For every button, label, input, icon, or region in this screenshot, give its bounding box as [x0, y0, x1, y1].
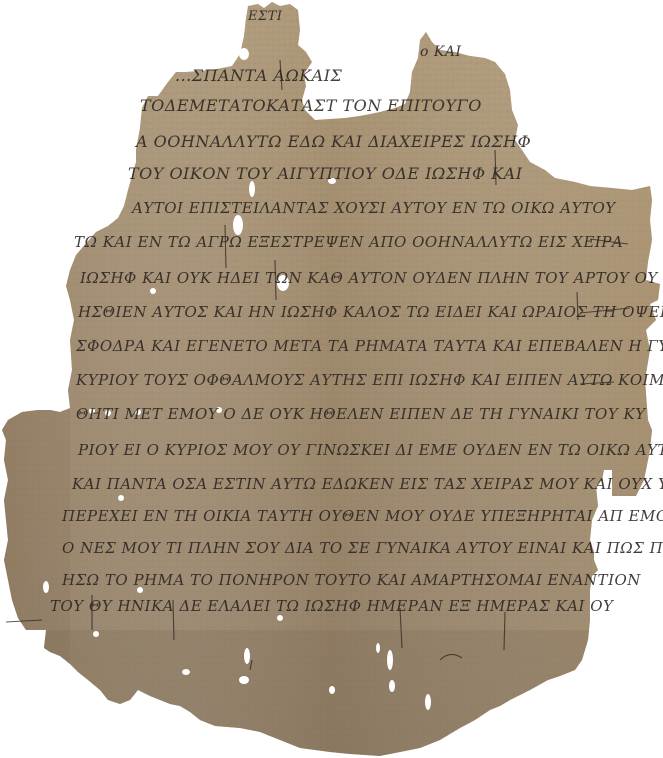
text-line: ΘΗΤΙ ΜΕΤ ΕΜΟΥ Ο ΔΕ ΟΥΚ ΗΘΕΛΕΝ ΕΙΠΕΝ ΔΕ Τ…	[76, 405, 646, 423]
text-line: ΚΑΙ ΠΑΝΤΑ ΟΣΑ ΕΣΤΙΝ ΑΥΤΩ ΕΔΩΚΕΝ ΕΙΣ ΤΑΣ …	[72, 475, 663, 493]
papyrus-image: ΕΣΤΙο ΚΑΙ...ΣΠΑΝΤΑ ΑΩΚΑΙΣΤΟΔΕΜΕΤΑΤΟΚΑΤΑΣ…	[0, 0, 663, 758]
text-line: ΠΕΡΕΧΕΙ ΕΝ ΤΗ ΟΙΚΙΑ ΤΑΥΤΗ ΟΥΘΕΝ ΜΟΥ ΟΥΔΕ…	[62, 507, 663, 525]
text-line: ΤΟΥ ΟΙΚΟΝ ΤΟΥ ΑΙΓΥΠΤΙΟΥ ΟΔΕ ΙΩΣΗΦ ΚΑΙ	[128, 164, 523, 183]
text-line: ΑΥΤΟΙ ΕΠΙΣΤΕΙΛΑΝΤΑΣ ΧΟΥΣΙ ΑΥΤΟΥ ΕΝ ΤΩ ΟΙ…	[132, 199, 616, 217]
text-line: ...ΣΠΑΝΤΑ ΑΩΚΑΙΣ	[175, 66, 342, 85]
text-line: ΤΩ ΚΑΙ ΕΝ ΤΩ ΑΓΡΩ ΕΞΕΣΤΡΕΨΕΝ ΑΠΟ ΟΟΗΝΑΛΛ…	[74, 233, 623, 251]
text-line: ΚΥΡΙΟΥ ΤΟΥΣ ΟΦΘΑΛΜΟΥΣ ΑΥΤΗΣ ΕΠΙ ΙΩΣΗΦ ΚΑ…	[76, 371, 663, 389]
text-line: ΤΟΔΕΜΕΤΑΤΟΚΑΤΑΣΤ ΤΟΝ ΕΠΙΤΟΥΓΟ	[140, 96, 482, 115]
text-line: ΡΙΟΥ ΕΙ Ο ΚΥΡΙΟΣ ΜΟΥ ΟΥ ΓΙΝΩΣΚΕΙ ΔΙ ΕΜΕ …	[78, 441, 663, 459]
text-line: ΣΦΟΔΡΑ ΚΑΙ ΕΓΕΝΕΤΟ ΜΕΤΑ ΤΑ ΡΗΜΑΤΑ ΤΑΥΤΑ …	[76, 337, 663, 355]
text-line: ΕΣΤΙ	[248, 9, 283, 24]
text-line: ΙΩΣΗΦ ΚΑΙ ΟΥΚ ΗΔΕΙ ΤΩΝ ΚΑΘ ΑΥΤΟΝ ΟΥΔΕΝ Π…	[80, 269, 658, 287]
text-line: ΗΣΩ ΤΟ ΡΗΜΑ ΤΟ ΠΟΝΗΡΟΝ ΤΟΥΤΟ ΚΑΙ ΑΜΑΡΤΗΣ…	[62, 571, 641, 589]
text-line: ΤΟΥ ΘΥ ΗΝΙΚΑ ΔΕ ΕΛΑΛΕΙ ΤΩ ΙΩΣΗΦ ΗΜΕΡΑΝ Ε…	[50, 597, 613, 615]
text-line: Α ΟΟΗΝΑΛΛΥΤΩ ΕΔΩ ΚΑΙ ΔΙΑΧΕΙΡΕΣ ΙΩΣΗΦ	[136, 132, 531, 151]
text-line: Ο ΝΕΣ ΜΟΥ ΤΙ ΠΛΗΝ ΣΟΥ ΔΙΑ ΤΟ ΣΕ ΓΥΝΑΙΚΑ …	[62, 539, 663, 557]
text-line: ο ΚΑΙ	[420, 44, 461, 60]
text-line: ΗΣΘΙΕΝ ΑΥΤΟΣ ΚΑΙ ΗΝ ΙΩΣΗΦ ΚΑΛΟΣ ΤΩ ΕΙΔΕΙ…	[78, 303, 663, 321]
